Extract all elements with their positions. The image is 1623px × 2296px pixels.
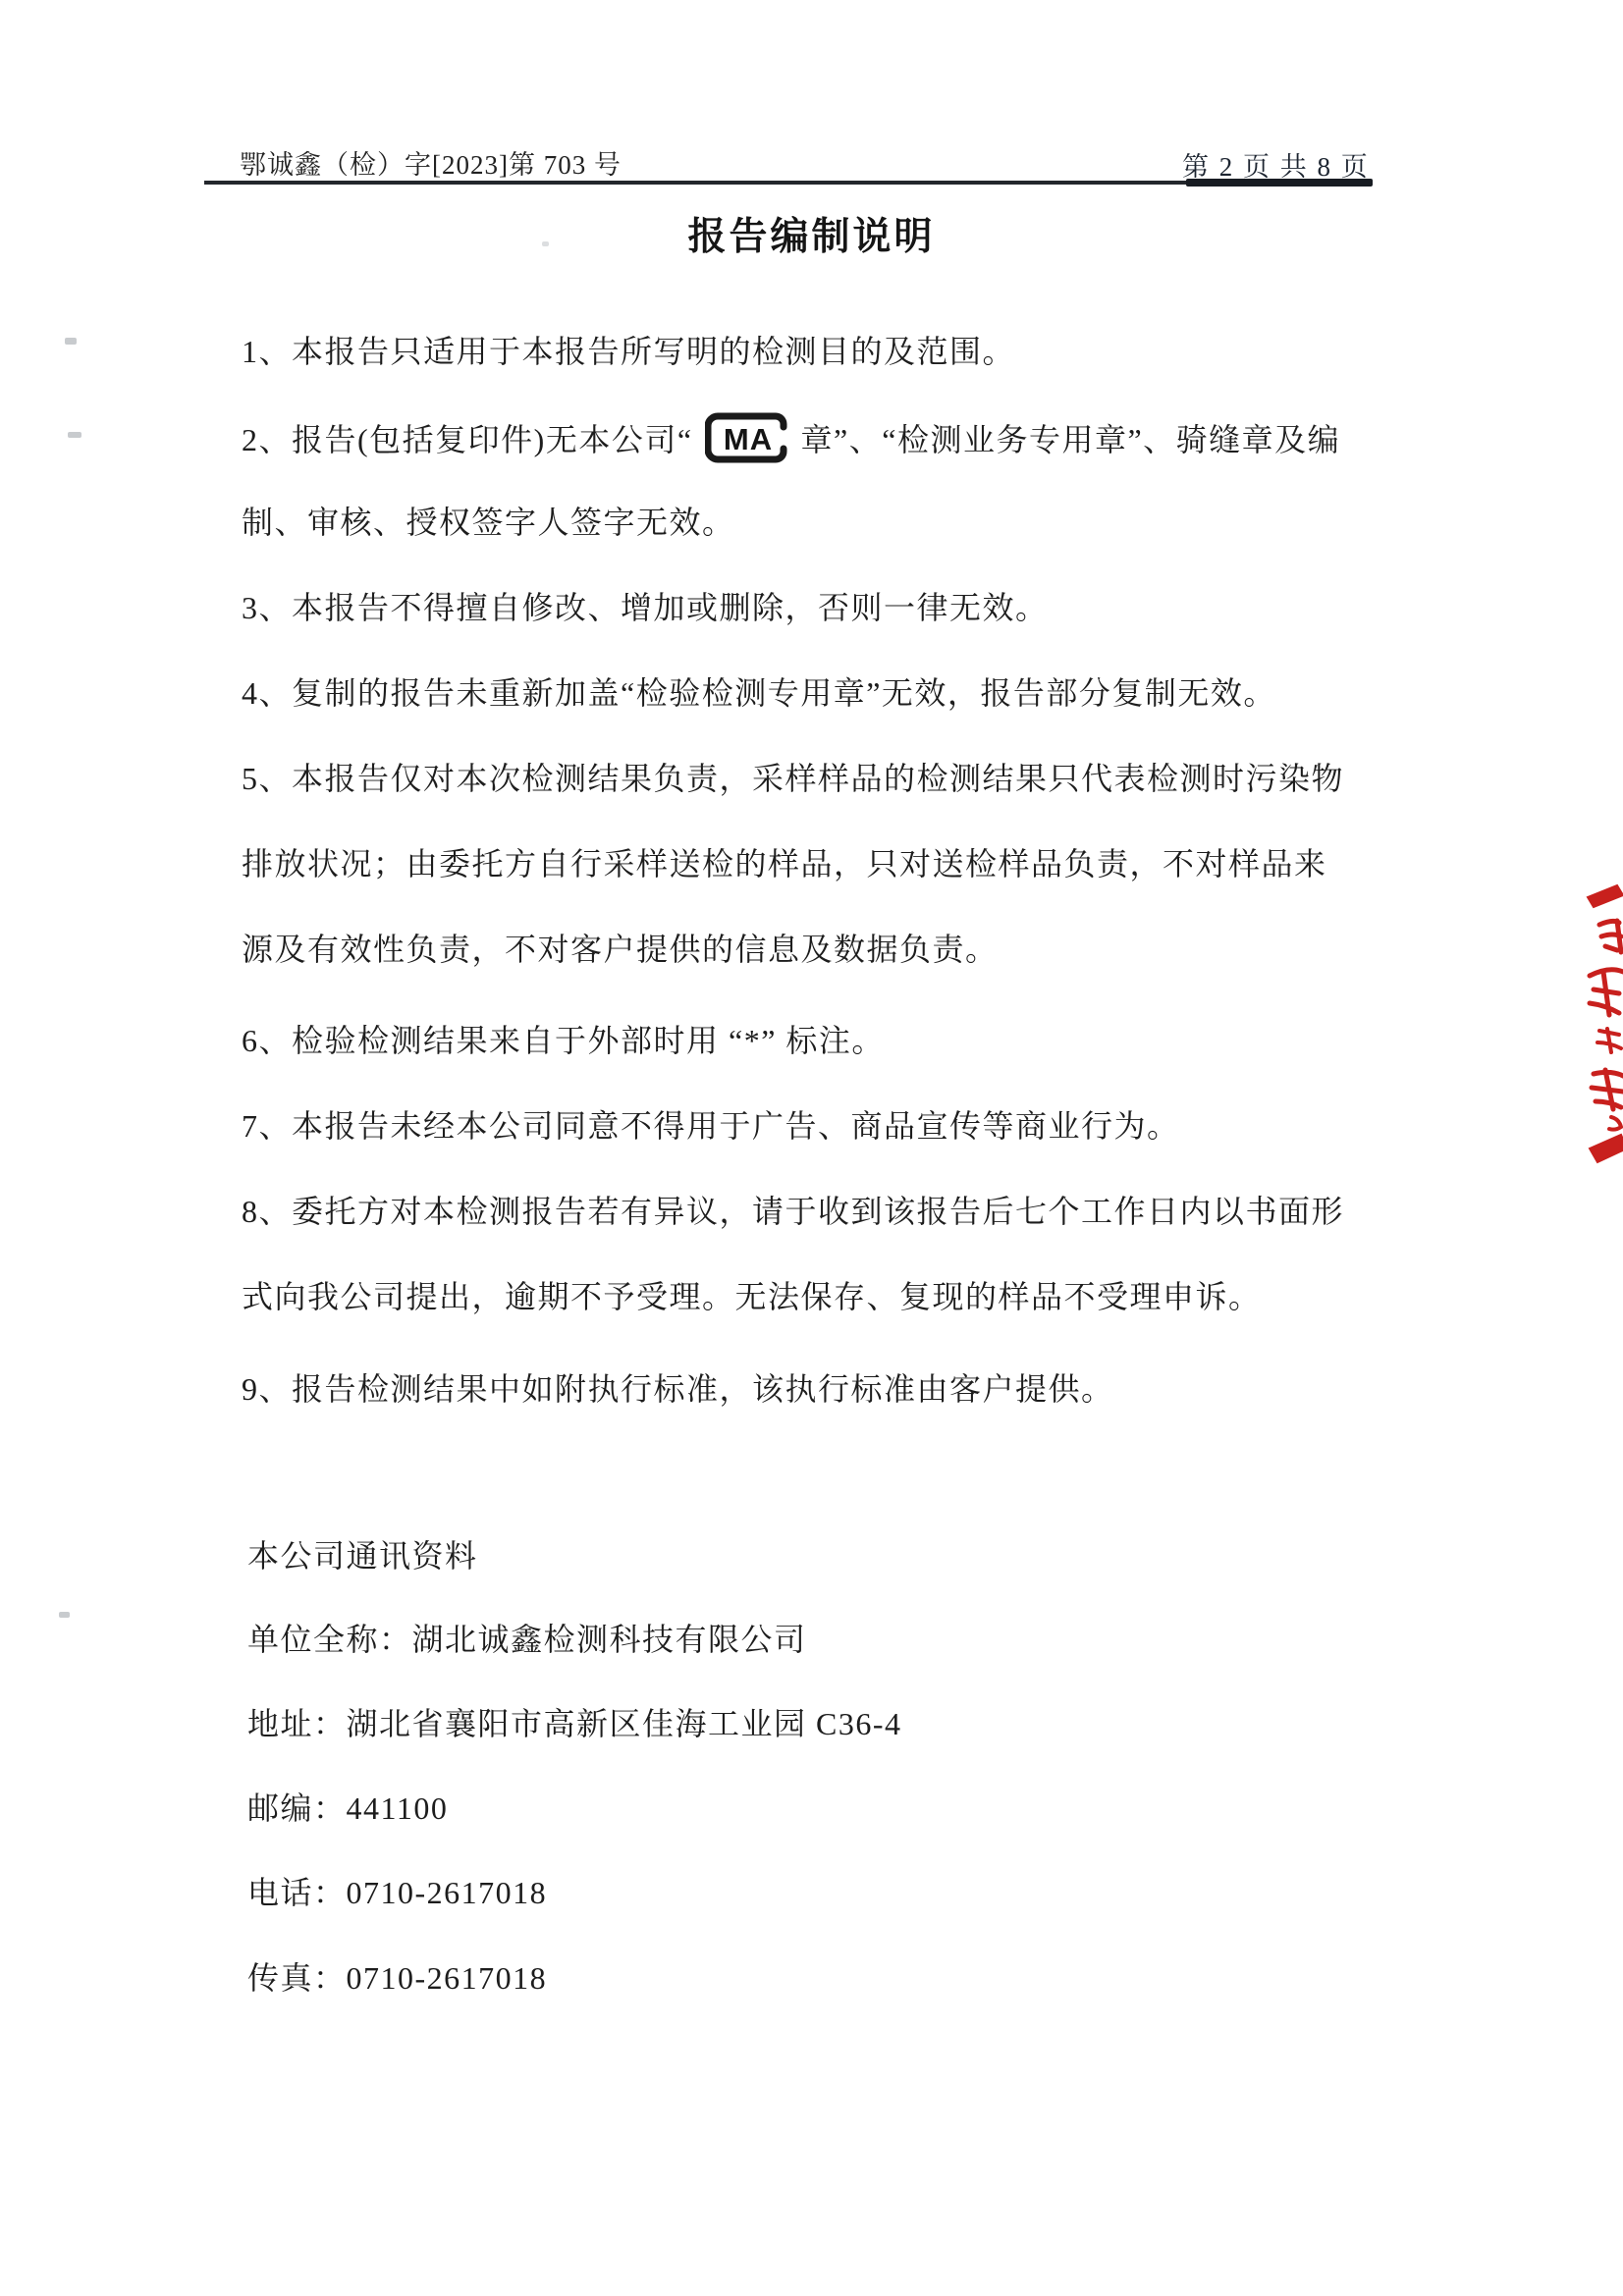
report-page: 鄂诚鑫（检）字[2023]第 703 号 第 2 页 共 8 页 报告编制说明 … bbox=[0, 0, 1623, 2296]
note-2-text-after-logo: 章”、“检测业务专用章”、骑缝章及编 bbox=[801, 422, 1341, 457]
note-5-line-2: 排放状况；由委托方自行采样送检的样品，只对送检样品负责，不对样品来 bbox=[242, 839, 1327, 884]
note-8-line-2: 式向我公司提出，逾期不予受理。无法保存、复现的样品不受理申诉。 bbox=[242, 1272, 1262, 1317]
contact-postcode: 邮编：441100 bbox=[247, 1784, 448, 1829]
scan-artifact bbox=[68, 432, 81, 438]
scan-artifact bbox=[65, 338, 77, 345]
note-7: 7、本报告未经本公司同意不得用于广告、商品宣传等商业行为。 bbox=[242, 1101, 1180, 1147]
note-5-line-3: 源及有效性负责，不对客户提供的信息及数据负责。 bbox=[242, 925, 999, 970]
scan-artifact bbox=[59, 1612, 70, 1618]
note-2-line-2: 制、审核、授权签字人签字无效。 bbox=[242, 498, 735, 543]
contact-address: 地址：湖北省襄阳市高新区佳海工业园 C36-4 bbox=[247, 1699, 902, 1744]
note-8-line-1: 8、委托方对本检测报告若有异议，请于收到该报告后七个工作日内以书面形 bbox=[242, 1187, 1344, 1232]
note-4: 4、复制的报告未重新加盖“检验检测专用章”无效，报告部分复制无效。 bbox=[242, 668, 1276, 714]
cma-logo-text: MA bbox=[723, 422, 772, 456]
red-seal-fragment-icon bbox=[1560, 881, 1623, 1166]
contact-company-name: 单位全称：湖北诚鑫检测科技有限公司 bbox=[247, 1615, 807, 1660]
page-title: 报告编制说明 bbox=[687, 206, 935, 261]
header-rule bbox=[204, 181, 1190, 185]
note-2-line-1: 2、报告(包括复印件)无本公司“ MA章”、“检测业务专用章”、骑缝章及编 bbox=[242, 412, 1340, 463]
note-6: 6、检验检测结果来自于外部时用 “*” 标注。 bbox=[242, 1016, 885, 1061]
note-2-text-before-logo: 2、报告(包括复印件)无本公司“ bbox=[242, 422, 693, 457]
contact-fax: 传真：0710-2617018 bbox=[247, 1953, 547, 1999]
scan-artifact bbox=[542, 241, 549, 246]
contact-phone: 电话：0710-2617018 bbox=[247, 1868, 547, 1913]
note-1: 1、本报告只适用于本报告所写明的检测目的及范围。 bbox=[242, 327, 1015, 372]
document-number: 鄂诚鑫（检）字[2023]第 703 号 bbox=[240, 143, 622, 182]
header-rule-bold-segment bbox=[1186, 179, 1373, 187]
note-9: 9、报告检测结果中如附执行标准，该执行标准由客户提供。 bbox=[242, 1364, 1114, 1410]
contact-heading: 本公司通讯资料 bbox=[247, 1531, 478, 1576]
cma-accreditation-icon: MA bbox=[705, 412, 791, 463]
note-3: 3、本报告不得擅自修改、增加或删除，否则一律无效。 bbox=[242, 583, 1049, 628]
note-5-line-1: 5、本报告仅对本次检测结果负责，采样样品的检测结果只代表检测时污染物 bbox=[242, 754, 1344, 799]
